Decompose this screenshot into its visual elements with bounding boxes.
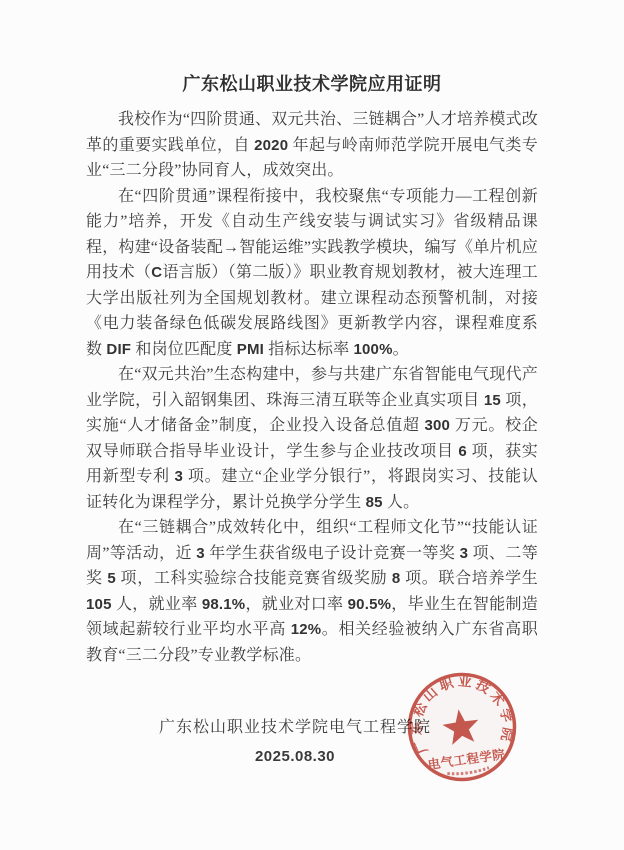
highlight-number: 3 (460, 545, 469, 562)
highlight-number: 5 (107, 570, 116, 587)
paragraph: 我校作为“四阶贯通、双元共治、三链耦合”人才培养模式改革的重要实践单位，自 20… (86, 107, 538, 184)
text-run: 人，就业率 (112, 596, 202, 613)
text-run: 项，工科实验综合技能竞赛省级奖励 (116, 570, 392, 587)
official-seal: 广东松山职业技术学院 电气工程学院 (387, 652, 537, 802)
document-title: 广东松山职业技术学院应用证明 (0, 72, 624, 96)
highlight-number: 105 (86, 596, 112, 613)
highlight-number: 100% (353, 341, 392, 358)
highlight-number: 90.5% (348, 596, 392, 613)
certificate-page: 广东松山职业技术学院应用证明 我校作为“四阶贯通、双元共治、三链耦合”人才培养模… (0, 0, 624, 850)
highlight-number: 12% (291, 621, 322, 638)
highlight-number: 85 (366, 494, 383, 511)
text-run: 和岗位匹配度 (131, 341, 237, 358)
text-run: 年学生获省级电子设计竞赛一等奖 (205, 545, 460, 562)
highlight-number: 300 (424, 417, 450, 434)
highlight-number: 6 (458, 443, 467, 460)
highlight-number: 3 (175, 468, 184, 485)
highlight-number: 98.1% (202, 596, 246, 613)
text-run: 指标达标率 (264, 341, 353, 358)
highlight-number: PMI (237, 341, 264, 358)
text-run: ，就业对口率 (245, 596, 347, 613)
text-run: 人。 (383, 494, 420, 511)
text-run: 。 (393, 341, 409, 358)
paragraph: 在“三链耦合”成效转化中，组织“工程师文化节”“技能认证周”等活动，近 3 年学… (86, 515, 538, 668)
highlight-number: 3 (196, 545, 205, 562)
highlight-number: 15 (484, 392, 501, 409)
paragraph: 在“双元共治”生态构建中，参与共建广东省智能电气现代产业学院，引入韶钢集团、珠海… (86, 362, 538, 515)
text-run: 在“双元共治”生态构建中，参与共建广东省智能电气现代产业学院，引入韶钢集团、珠海… (86, 366, 538, 409)
highlight-number: 2020 (254, 137, 288, 154)
document-body: 我校作为“四阶贯通、双元共治、三链耦合”人才培养模式改革的重要实践单位，自 20… (86, 107, 538, 668)
paragraph: 在“四阶贯通”课程衔接中，我校聚焦“专项能力—工程创新能力”培养，开发《自动生产… (86, 184, 538, 363)
highlight-number: C (151, 264, 162, 281)
text-run: 项。联合培养学生 (400, 570, 538, 587)
highlight-number: DIF (106, 341, 131, 358)
